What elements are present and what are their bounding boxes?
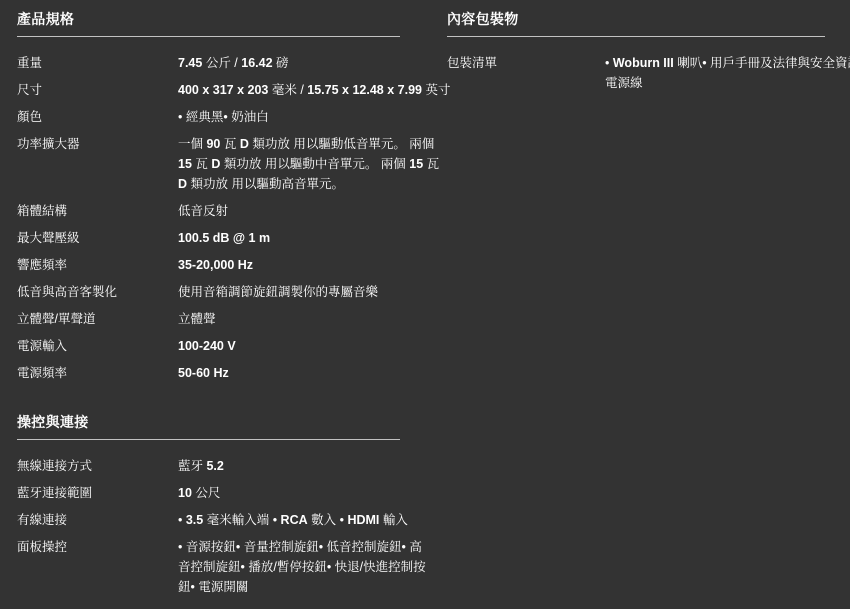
value-line: 7.45 公斤 / 16.42 磅: [178, 53, 423, 73]
spec-row: 藍牙連接範圍 10 公尺: [17, 483, 423, 503]
value-line: • 經典黑• 奶油白: [178, 107, 423, 127]
value-line: • 音源按鈕• 音量控制旋鈕• 低音控制旋鈕• 高: [178, 537, 423, 557]
value-line: 400 x 317 x 203 毫米 / 15.75 x 12.48 x 7.9…: [178, 80, 423, 100]
right-column: 內容包裝物 包裝清單 • Woburn III 喇叭• 用戶手冊及法律與安全資訊…: [447, 10, 850, 604]
spec-value: 低音反射: [178, 201, 423, 221]
spec-row: 有線連接 • 3.5 毫米輸入端 • RCA 數入 • HDMI 輸入: [17, 510, 423, 530]
spec-row: 箱體結構 低音反射: [17, 201, 423, 221]
spec-page: 產品規格 重量 7.45 公斤 / 16.42 磅 尺寸 400 x 317 x…: [0, 0, 850, 604]
spec-label: 電源輸入: [17, 336, 178, 356]
spec-label: 包裝清單: [447, 53, 605, 73]
value-line: 電源線: [605, 73, 850, 93]
value-line: 一個 90 瓦 D 類功放 用以驅動低音單元。 兩個: [178, 134, 423, 154]
value-line: 立體聲: [178, 309, 423, 329]
spec-value: 50-60 Hz: [178, 363, 423, 383]
spec-row: 重量 7.45 公斤 / 16.42 磅: [17, 53, 423, 73]
spec-section-package-contents: 內容包裝物 包裝清單 • Woburn III 喇叭• 用戶手冊及法律與安全資訊…: [447, 10, 850, 93]
spec-value: 400 x 317 x 203 毫米 / 15.75 x 12.48 x 7.9…: [178, 80, 423, 100]
spec-label: 重量: [17, 53, 178, 73]
spec-label: 有線連接: [17, 510, 178, 530]
spec-row: 尺寸 400 x 317 x 203 毫米 / 15.75 x 12.48 x …: [17, 80, 423, 100]
spec-value: • Woburn III 喇叭• 用戶手冊及法律與安全資訊•電源線: [605, 53, 850, 93]
spec-value: • 經典黑• 奶油白: [178, 107, 423, 127]
value-line: 音控制旋鈕• 播放/暫停按鈕• 快退/快進控制按: [178, 557, 423, 577]
spec-value: 藍牙 5.2: [178, 456, 423, 476]
value-line: 35-20,000 Hz: [178, 255, 423, 275]
spec-value: 使用音箱調節旋鈕調製你的專屬音樂: [178, 282, 423, 302]
section-divider: [17, 36, 400, 37]
spec-row: 包裝清單 • Woburn III 喇叭• 用戶手冊及法律與安全資訊•電源線: [447, 53, 850, 93]
spec-row: 電源輸入 100-240 V: [17, 336, 423, 356]
spec-label: 響應頻率: [17, 255, 178, 275]
spec-section-controls-connectivity: 操控與連接 無線連接方式 藍牙 5.2 藍牙連接範圍 10 公尺 有線連接 • …: [17, 413, 423, 597]
spec-section-product-specs: 產品規格 重量 7.45 公斤 / 16.42 磅 尺寸 400 x 317 x…: [17, 10, 423, 383]
spec-value: 一個 90 瓦 D 類功放 用以驅動低音單元。 兩個15 瓦 D 類功放 用以驅…: [178, 134, 423, 194]
spec-label: 立體聲/單聲道: [17, 309, 178, 329]
spec-label: 電源頻率: [17, 363, 178, 383]
section-divider: [447, 36, 825, 37]
spec-row: 無線連接方式 藍牙 5.2: [17, 456, 423, 476]
spec-label: 低音與高音客製化: [17, 282, 178, 302]
spec-label: 箱體結構: [17, 201, 178, 221]
spec-label: 尺寸: [17, 80, 178, 100]
spec-row: 電源頻率 50-60 Hz: [17, 363, 423, 383]
spec-label: 顏色: [17, 107, 178, 127]
value-line: • Woburn III 喇叭• 用戶手冊及法律與安全資訊•: [605, 53, 850, 73]
spec-value: • 3.5 毫米輸入端 • RCA 數入 • HDMI 輸入: [178, 510, 423, 530]
spec-row: 響應頻率 35-20,000 Hz: [17, 255, 423, 275]
spec-rows: 重量 7.45 公斤 / 16.42 磅 尺寸 400 x 317 x 203 …: [17, 53, 423, 383]
section-title: 產品規格: [17, 10, 423, 28]
spec-row: 低音與高音客製化 使用音箱調節旋鈕調製你的專屬音樂: [17, 282, 423, 302]
value-line: 低音反射: [178, 201, 423, 221]
value-line: 100-240 V: [178, 336, 423, 356]
spec-row: 立體聲/單聲道 立體聲: [17, 309, 423, 329]
value-line: 藍牙 5.2: [178, 456, 423, 476]
spec-row: 最大聲壓級 100.5 dB @ 1 m: [17, 228, 423, 248]
spec-value: 100.5 dB @ 1 m: [178, 228, 423, 248]
section-title: 內容包裝物: [447, 10, 850, 28]
value-line: • 3.5 毫米輸入端 • RCA 數入 • HDMI 輸入: [178, 510, 423, 530]
value-line: 10 公尺: [178, 483, 423, 503]
section-title: 操控與連接: [17, 413, 423, 431]
spec-rows: 包裝清單 • Woburn III 喇叭• 用戶手冊及法律與安全資訊•電源線: [447, 53, 850, 93]
spec-row: 面板操控 • 音源按鈕• 音量控制旋鈕• 低音控制旋鈕• 高音控制旋鈕• 播放/…: [17, 537, 423, 597]
spec-row: 功率擴大器 一個 90 瓦 D 類功放 用以驅動低音單元。 兩個15 瓦 D 類…: [17, 134, 423, 194]
value-line: D 類功放 用以驅動高音單元。: [178, 174, 423, 194]
spec-value: • 音源按鈕• 音量控制旋鈕• 低音控制旋鈕• 高音控制旋鈕• 播放/暫停按鈕•…: [178, 537, 423, 597]
spec-label: 藍牙連接範圍: [17, 483, 178, 503]
spec-label: 無線連接方式: [17, 456, 178, 476]
spec-label: 功率擴大器: [17, 134, 178, 154]
value-line: 15 瓦 D 類功放 用以驅動中音單元。 兩個 15 瓦: [178, 154, 423, 174]
spec-label: 面板操控: [17, 537, 178, 557]
value-line: 100.5 dB @ 1 m: [178, 228, 423, 248]
spec-value: 10 公尺: [178, 483, 423, 503]
section-divider: [17, 439, 400, 440]
value-line: 使用音箱調節旋鈕調製你的專屬音樂: [178, 282, 423, 302]
left-column: 產品規格 重量 7.45 公斤 / 16.42 磅 尺寸 400 x 317 x…: [17, 10, 423, 604]
value-line: 鈕• 電源開關: [178, 577, 423, 597]
spec-rows: 無線連接方式 藍牙 5.2 藍牙連接範圍 10 公尺 有線連接 • 3.5 毫米…: [17, 456, 423, 597]
value-line: 50-60 Hz: [178, 363, 423, 383]
spec-value: 100-240 V: [178, 336, 423, 356]
spec-value: 35-20,000 Hz: [178, 255, 423, 275]
spec-value: 7.45 公斤 / 16.42 磅: [178, 53, 423, 73]
spec-label: 最大聲壓級: [17, 228, 178, 248]
spec-row: 顏色 • 經典黑• 奶油白: [17, 107, 423, 127]
spec-value: 立體聲: [178, 309, 423, 329]
